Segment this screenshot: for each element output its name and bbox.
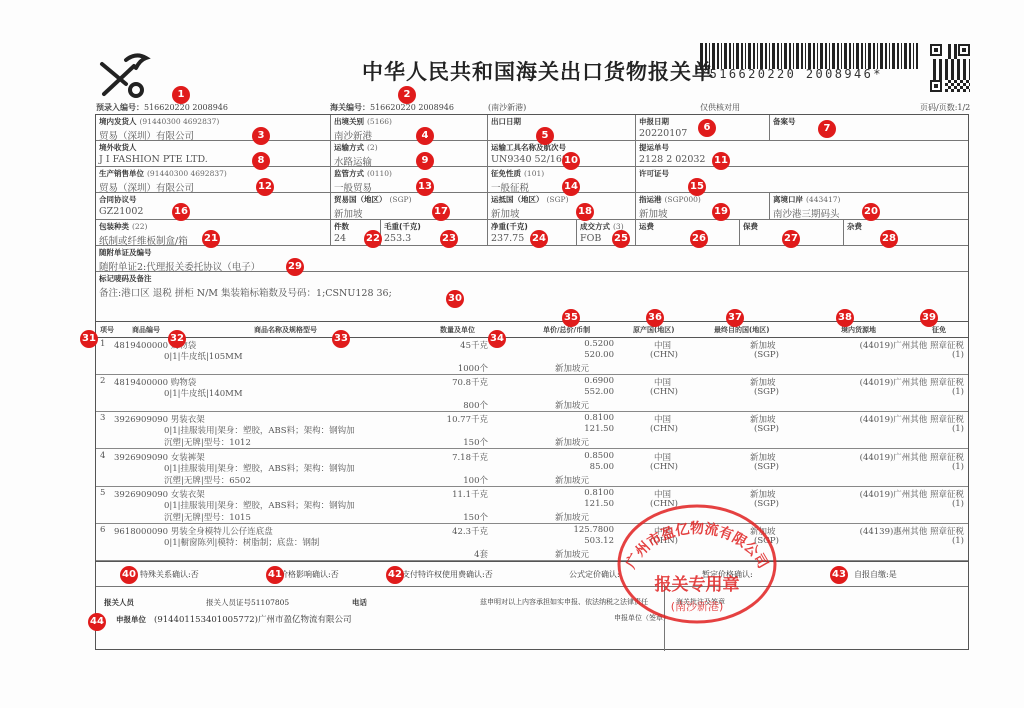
spec-line-2: 沉塑|无牌|型号：1015 — [164, 511, 251, 523]
annotation-marker-24: 24 — [530, 230, 548, 248]
item-no: 1 — [100, 339, 105, 349]
currency: 新加坡元 — [555, 511, 589, 523]
annotation-marker-8: 8 — [252, 152, 270, 170]
annotation-marker-25: 25 — [612, 230, 630, 248]
annotation-marker-21: 21 — [202, 230, 220, 248]
barcode — [700, 43, 918, 69]
annotation-marker-32: 32 — [168, 330, 186, 348]
destination-country-field: 运抵国（地区）(SGP) 新加坡 — [488, 193, 636, 219]
declarer-label: 报关人员 — [104, 597, 134, 608]
levy-code: (1) — [796, 499, 964, 509]
annotation-marker-39: 39 — [920, 309, 938, 327]
check-only-note: 仅供核对用 — [700, 102, 740, 113]
levy-code: (1) — [796, 424, 964, 434]
item-no: 5 — [100, 488, 105, 498]
form-row-1: 境内发货人(91440300 4692837) 贸易（深圳）有限公司 出境关别(… — [96, 115, 968, 141]
spec-line-2: 沉塑|无牌|型号：1012 — [164, 436, 251, 448]
customs-note-label: 海关批注及签章 — [676, 597, 725, 607]
declaring-unit-label: 申报单位 — [116, 614, 146, 625]
declarer-id: 报关人员证号51107805 — [206, 597, 289, 608]
levy-code: (1) — [796, 350, 964, 360]
annotation-marker-44: 44 — [88, 613, 106, 631]
producer-field: 生产销售单位(91440300 4692837) 贸易（深圳）有限公司 — [96, 167, 331, 192]
annotation-marker-19: 19 — [712, 203, 730, 221]
preentry-number: 预录入编号：516620220 2008946 — [96, 102, 228, 113]
supervision-mode-field: 监管方式(0110) 一般贸易 — [331, 167, 488, 192]
origin-code: (CHN) — [650, 387, 678, 397]
qty-primary: 7.18千克 — [396, 451, 488, 463]
origin-code: (CHN) — [650, 536, 678, 546]
document-title: 中华人民共和国海关出口货物报关单 — [362, 56, 714, 86]
customs-declaration-page: 中华人民共和国海关出口货物报关单 *516620220 2008946* 预录入… — [0, 0, 1024, 708]
qty-secondary: 800个 — [396, 399, 488, 411]
levy-code: (1) — [796, 462, 964, 472]
annotation-marker-22: 22 — [364, 230, 382, 248]
seal-label: 申报单位（签章） — [614, 613, 670, 623]
misc-fee-field: 杂费 — [844, 220, 970, 245]
col-final-dest: 最终目的国(地区) — [714, 325, 769, 335]
qty-primary: 70.8千克 — [396, 376, 488, 388]
col-qty-unit: 数量及单位 — [440, 325, 475, 335]
goods-row: 24819400000 购物袋0|1|牛皮纸|140MM70.8千克800个0.… — [96, 375, 968, 412]
footer-section: 报关人员 报关人员证号51107805 电话 兹申明对以上内容承担如实申报、依法… — [96, 587, 968, 651]
self-declare-confirm: 自报自缴:是 — [854, 569, 897, 580]
final-dest-code: (SGP) — [754, 536, 779, 546]
annotation-marker-30: 30 — [446, 290, 464, 308]
qty-primary: 11.1千克 — [396, 488, 488, 500]
form-row-4: 合同协议号 GZ21002 贸易国（地区）(SGP) 新加坡 运抵国（地区）(S… — [96, 193, 968, 220]
annotation-marker-12: 12 — [256, 178, 274, 196]
qty-secondary: 1000个 — [396, 362, 488, 374]
col-name-spec: 商品名称及规格型号 — [254, 325, 317, 335]
total-price: 121.50 — [516, 424, 614, 434]
annotation-marker-6: 6 — [698, 119, 716, 137]
form-row-2: 境外收货人 J I FASHION PTE LTD. 运输方式(2) 水路运输 … — [96, 141, 968, 167]
annotation-marker-20: 20 — [862, 203, 880, 221]
unit-price: 125.7800 — [516, 525, 614, 535]
currency: 新加坡元 — [555, 436, 589, 448]
unit-price: 0.6900 — [516, 376, 614, 386]
annotation-marker-40: 40 — [120, 566, 138, 584]
item-no: 4 — [100, 451, 105, 461]
currency: 新加坡元 — [555, 548, 589, 560]
spec-line-1: 0|1|挂服装用|架身：塑胶，ABS料；架构：钢钩加 — [164, 424, 355, 436]
annotation-marker-14: 14 — [562, 178, 580, 196]
annotation-marker-34: 34 — [488, 330, 506, 348]
royalty-confirm: 支付特许权使用费确认:否 — [402, 569, 493, 580]
spec-line-1: 0|1|挂服装用|架身：塑胶，ABS料；架构：钢钩加 — [164, 499, 355, 511]
spec-line-2: 沉塑|无牌|型号：6502 — [164, 474, 251, 486]
annotation-marker-5: 5 — [536, 127, 554, 145]
total-price: 552.00 — [516, 387, 614, 397]
goods-row: 43926909090 女装裤架0|1|挂服装用|架身：塑胶，ABS料；架构：钢… — [96, 450, 968, 487]
annotation-marker-28: 28 — [880, 230, 898, 248]
price-influence-confirm: 价格影响确认:否 — [280, 569, 339, 580]
qty-primary: 42.3千克 — [396, 525, 488, 537]
gross-weight-field: 毛重(千克) 253.3 — [381, 220, 488, 245]
origin-code: (CHN) — [650, 424, 678, 434]
bill-no-field: 提运单号 2128 2 02032 — [636, 141, 970, 166]
annotation-marker-29: 29 — [286, 258, 304, 276]
record-no-field: 备案号 — [770, 115, 970, 140]
col-levy: 征免 — [932, 325, 946, 335]
annotation-marker-9: 9 — [416, 152, 434, 170]
annotation-marker-1: 1 — [172, 86, 190, 104]
formula-pricing-confirm: 公式定价确认: — [569, 569, 620, 580]
form-row-documents: 随附单证及编号 随附单证2:代理报关委托协议（电子） — [96, 246, 968, 272]
transport-mode-field: 运输方式(2) 水路运输 — [331, 141, 488, 166]
total-price: 121.50 — [516, 499, 614, 509]
annotation-marker-13: 13 — [416, 178, 434, 196]
final-dest-code: (SGP) — [754, 424, 779, 434]
annotation-marker-2: 2 — [398, 86, 416, 104]
annotation-marker-42: 42 — [386, 566, 404, 584]
col-item-no: 项号 — [100, 325, 114, 335]
total-price: 520.00 — [516, 350, 614, 360]
spec-line-1: 0|1|牛皮纸|140MM — [164, 387, 243, 399]
qty-primary: 10.77千克 — [396, 413, 488, 425]
unit-price: 0.5200 — [516, 339, 614, 349]
total-price: 85.00 — [516, 462, 614, 472]
annotation-marker-31: 31 — [80, 330, 98, 348]
phone-label: 电话 — [352, 597, 367, 608]
currency: 新加坡元 — [555, 362, 589, 374]
legal-statement: 兹申明对以上内容承担如实申报、依法纳税之法律责任 — [480, 597, 648, 607]
final-dest-code: (SGP) — [754, 350, 779, 360]
col-price: 单价/总价/币制 — [543, 325, 590, 335]
contract-no-field: 合同协议号 GZ21002 — [96, 193, 331, 219]
qty-secondary: 100个 — [396, 474, 488, 486]
origin-code: (CHN) — [650, 350, 678, 360]
unit-price: 0.8100 — [516, 488, 614, 498]
currency: 新加坡元 — [555, 474, 589, 486]
export-date-field: 出口日期 — [488, 115, 636, 140]
annotation-marker-23: 23 — [440, 230, 458, 248]
page-indicator: 页码/页数:1/2 — [920, 102, 970, 113]
qty-secondary: 150个 — [396, 436, 488, 448]
annotation-marker-16: 16 — [172, 203, 190, 221]
goods-row: 69618000090 男装全身模特儿公仔连底盘0|1|橱窗陈列|模特：树脂制；… — [96, 524, 968, 561]
annotation-marker-36: 36 — [646, 309, 664, 327]
annotation-marker-26: 26 — [690, 230, 708, 248]
annotation-marker-3: 3 — [252, 127, 270, 145]
annotation-marker-43: 43 — [830, 566, 848, 584]
port-of-destination-field: 指运港(SGP000) 新加坡 — [636, 193, 770, 219]
special-relation-confirm: 特殊关系确认:否 — [140, 569, 199, 580]
trade-country-field: 贸易国（地区）(SGP) 新加坡 — [331, 193, 488, 219]
goods-row: 33926909090 男装衣架0|1|挂服装用|架身：塑胶，ABS料；架构：钢… — [96, 412, 968, 449]
documents-field: 随附单证及编号 随附单证2:代理报关委托协议（电子） — [96, 246, 970, 271]
annotation-marker-11: 11 — [712, 152, 730, 170]
spec-line-1: 0|1|牛皮纸|105MM — [164, 350, 243, 362]
annotation-marker-35: 35 — [562, 309, 580, 327]
origin-code: (CHN) — [650, 462, 678, 472]
footer-divider — [664, 587, 665, 651]
annotation-marker-4: 4 — [416, 127, 434, 145]
total-price: 503.12 — [516, 536, 614, 546]
unit-price: 0.8100 — [516, 413, 614, 423]
final-dest-code: (SGP) — [754, 499, 779, 509]
annotation-marker-27: 27 — [782, 230, 800, 248]
annotation-marker-18: 18 — [576, 203, 594, 221]
annotation-marker-38: 38 — [836, 309, 854, 327]
currency: 新加坡元 — [555, 399, 589, 411]
annotation-marker-37: 37 — [726, 309, 744, 327]
customs-port: (南沙新港) — [488, 102, 526, 113]
annotation-marker-17: 17 — [432, 203, 450, 221]
qty-primary: 45千克 — [396, 339, 488, 351]
declaring-unit-value: (91440115340100577​2)广州市盈亿物流有限公司 — [154, 613, 351, 625]
barcode-text: *516620220 2008946* — [700, 67, 918, 81]
qty-secondary: 150个 — [396, 511, 488, 523]
customs-emblem-icon — [96, 50, 152, 102]
annotation-marker-15: 15 — [688, 178, 706, 196]
spec-line-1: 0|1|挂服装用|架身：塑胶，ABS料；架构：钢钩加 — [164, 462, 355, 474]
annotation-marker-10: 10 — [562, 152, 580, 170]
exit-customs-field: 出境关别(5166) 南沙新港 — [331, 115, 488, 140]
spec-line-1: 0|1|橱窗陈列|模特：树脂制；底盘：钢制 — [164, 536, 319, 548]
goods-row: 14819400000 购物袋0|1|牛皮纸|105MM45千克1000个0.5… — [96, 338, 968, 375]
unit-price: 0.8500 — [516, 451, 614, 461]
item-no: 2 — [100, 376, 105, 386]
final-dest-code: (SGP) — [754, 462, 779, 472]
annotation-marker-33: 33 — [332, 330, 350, 348]
item-no: 3 — [100, 413, 105, 423]
annotation-marker-7: 7 — [818, 120, 836, 138]
license-no-field: 许可证号 — [636, 167, 970, 192]
levy-code: (1) — [796, 387, 964, 397]
freight-field: 运费 — [636, 220, 740, 245]
item-no: 6 — [100, 525, 105, 535]
qty-secondary: 4套 — [396, 548, 488, 560]
final-dest-code: (SGP) — [754, 387, 779, 397]
annotation-marker-41: 41 — [266, 566, 284, 584]
qr-code-icon — [930, 44, 970, 92]
levy-code: (1) — [796, 536, 964, 546]
overseas-consignee-field: 境外收货人 J I FASHION PTE LTD. — [96, 141, 331, 166]
goods-row: 53926909090 女装衣架0|1|挂服装用|架身：塑胶，ABS料；架构：钢… — [96, 487, 968, 524]
domestic-consignor-field: 境内发货人(91440300 4692837) 贸易（深圳）有限公司 — [96, 115, 331, 140]
customs-number: 海关编号：516620220 2008946 — [330, 102, 454, 113]
origin-code: (CHN) — [650, 499, 678, 509]
col-hs-code: 商品编号 — [132, 325, 160, 335]
form-row-3: 生产销售单位(91440300 4692837) 贸易（深圳）有限公司 监管方式… — [96, 167, 968, 193]
provisional-price-confirm: 暂定价格确认: — [702, 569, 753, 580]
